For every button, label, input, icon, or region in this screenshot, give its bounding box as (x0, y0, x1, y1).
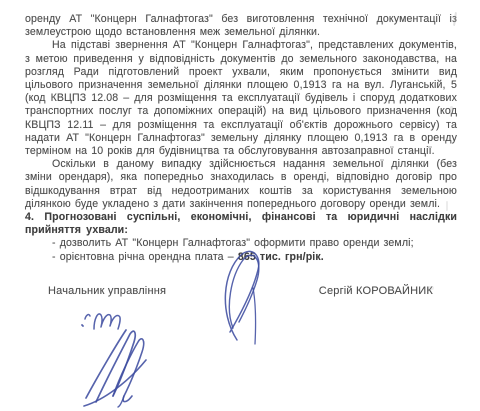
paragraph-lease-continuation: оренду АТ "Концерн Галнафтогаз" без виго… (25, 13, 457, 39)
annual-rent-value: 865 тис. грн/рік. (238, 251, 324, 263)
document-page: оренду АТ "Концерн Галнафтогаз" без виго… (0, 0, 480, 411)
signer-name: Сергій КОРОВАЙНИК (319, 285, 433, 297)
scan-artifact (428, 286, 434, 290)
scan-artifact (450, 106, 453, 114)
signer-title: Начальник управління (48, 285, 166, 297)
document-text-block: оренду АТ "Концерн Галнафтогаз" без виго… (25, 13, 457, 297)
bullet-annual-rent-prefix: - орієнтовна річна орендна плата – (52, 251, 238, 263)
bullet-annual-rent: - орієнтовна річна орендна плата – 865 т… (25, 251, 457, 264)
scan-artifact (446, 201, 448, 211)
bullet-lease-right: - дозволить АТ "Концерн Галнафтогаз" офо… (25, 237, 457, 250)
section-heading-consequences: 4. Прогнозовані суспільні, економічні, ф… (25, 211, 457, 237)
signature-ink-large (80, 324, 168, 408)
paragraph-project-proposal: На підставі звернення АТ "Концерн Галнаф… (25, 39, 457, 158)
paragraph-compensation-agreement: Оскільки в даному випадку здійснюється н… (25, 158, 457, 211)
signature-row: Начальник управління Сергій КОРОВАЙНИК (25, 285, 457, 297)
signature-ink-initials (78, 303, 130, 339)
